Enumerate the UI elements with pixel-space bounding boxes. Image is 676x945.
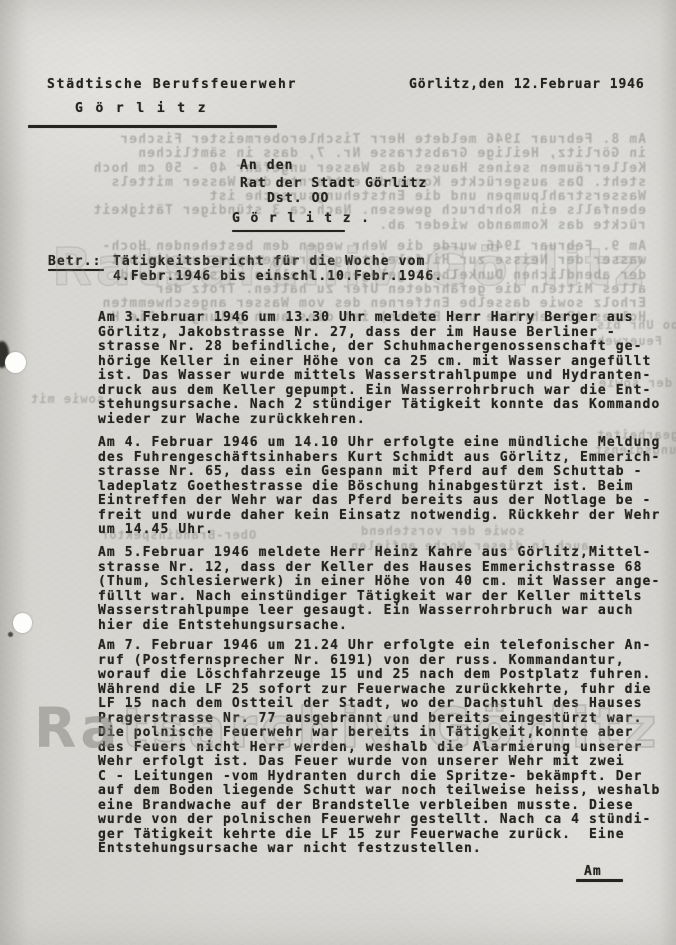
body-paragraph-2: Am 4. Februar 1946 um 14.10 Uhr erfolgte…	[98, 436, 660, 538]
text-line: auf dem Boden liegende Schutt war noch t…	[98, 784, 660, 799]
document-page: Am 8. Februar 1946 meldete Herr Tischler…	[0, 0, 676, 945]
body-paragraph-3: Am 5.Februar 1946 meldete Herr Heinz Kah…	[98, 546, 660, 633]
text-line: in Görlitz, Heilige Grabstrasse Nr. 7, d…	[30, 147, 646, 161]
text-line: Während die LF 25 sofort zur Feuerwache …	[98, 683, 660, 698]
catchword: Am	[584, 864, 602, 879]
catchword-rule	[576, 879, 623, 882]
body-paragraph-4: Am 7. Februar 1946 um 21.24 Uhr erfolgte…	[98, 639, 660, 857]
text-line: ger Tätigkeit kehrte die LF 15 zur Feuer…	[98, 828, 660, 843]
recipient-city: G ö r l i t z .	[232, 211, 370, 226]
text-line: Am 3.Februar 1946 um 13.30 Uhr meldete H…	[98, 311, 660, 326]
text-line: Görlitz, Jakobstrasse Nr. 27, dass der i…	[98, 326, 660, 341]
text-line: hörige Keller in einer Höhe von ca 25 cm…	[98, 355, 660, 370]
text-line: Die polnische Feuerwehr war bereits in T…	[98, 726, 660, 741]
text-line: worauf die Löschfahrzeuge 15 und 25 nach…	[98, 668, 660, 683]
punch-hole-top	[5, 352, 26, 373]
ink-dot	[8, 632, 13, 637]
subject-line1: Tätigkeitsbericht für die Woche vom	[113, 254, 425, 269]
punch-hole-bottom	[13, 613, 32, 633]
text-line: füllt war. Nach einstündiger Tätigkeit w…	[98, 590, 660, 605]
subject-line2: 4.Febr.1946 bis einschl.10.Febr.1946.	[113, 269, 443, 284]
text-line: Wasserstrahlpumpen und die Entstehungsur…	[30, 190, 646, 204]
text-line: Pragerstrasse Nr. 77 ausgebrannt und ber…	[98, 712, 660, 727]
text-line: ist. Das Wasser wurde mittels Wasserstra…	[98, 369, 660, 384]
org-city: G ö r l i t z	[75, 101, 208, 116]
text-line: C - Leitungen -vom Hydranten durch die S…	[98, 770, 660, 785]
text-line: strasse Nr. 65, dass ein Gespann mit Pfe…	[98, 465, 660, 480]
recipient-line3: Dst. OO	[267, 191, 330, 206]
text-line: strasse Nr. 28 befindliche, der Schuhmac…	[98, 340, 660, 355]
text-line: wieder zur Wache zurückkehren.	[98, 413, 660, 428]
text-line: eine Brandwache auf der Brandstelle verb…	[98, 799, 660, 814]
text-line: wurde von der polnischen Feuerwehr geste…	[98, 813, 660, 828]
text-line: strasse Nr. 12, dass der Keller des Haus…	[98, 561, 660, 576]
text-line: Am 7. Februar 1946 um 21.24 Uhr erfolgte…	[98, 639, 660, 654]
text-line: Am 4. Februar 1946 um 14.10 Uhr erfolgte…	[98, 436, 660, 451]
text-line: Am 8. Februar 1946 meldete Herr Tischler…	[30, 133, 646, 147]
text-line: des Fuhrengeschäftsinhabers Kurt Schmidt…	[98, 451, 660, 466]
text-line: um 14.45 Uhr.	[98, 523, 660, 538]
date-line: Görlitz,den 12.Februar 1946	[409, 77, 645, 92]
org-name: Städtische Berufsfeuerwehr	[47, 77, 297, 92]
text-line: (Thum, Schlesierwerk) in einer Höhe von …	[98, 575, 660, 590]
text-line: alles Mitteln die gefährdeten Ufer zu ha…	[30, 283, 646, 297]
subject-label: Betr.:	[48, 254, 102, 269]
recipient-line1: An den	[240, 158, 294, 173]
text-line: Kellerräumen seines Hauses das Wasser un…	[30, 162, 646, 176]
body-paragraph-1: Am 3.Februar 1946 um 13.30 Uhr meldete H…	[98, 311, 660, 427]
text-line: LF 15 nach dem Ostteil der Stadt, wo der…	[98, 697, 660, 712]
header-rule	[28, 125, 277, 128]
text-line: des Feuers nicht Herr werden, weshalb di…	[98, 741, 660, 756]
text-line: Eintreffen der Wehr war das Pferd bereit…	[98, 494, 660, 509]
recipient-rule	[232, 230, 345, 232]
text-line: freit und wurde daher kein Einsatz notwe…	[98, 509, 660, 524]
text-line: Am 5.Februar 1946 meldete Herr Heinz Kah…	[98, 546, 660, 561]
text-line: hier die Entstehungsursache.	[98, 619, 660, 634]
bleedthrough-fragment: sowie mit	[30, 392, 104, 406]
text-line: Wehr erfolgt ist. Das Feuer wurde von un…	[98, 755, 660, 770]
text-line: stehungsursache. Nach 2 stündiger Tätigk…	[98, 398, 660, 413]
text-line: Am 9. Februar 1946 wurde die Wehr wegen …	[30, 240, 646, 254]
text-line: druck aus dem Keller gepumpt. Ein Wasser…	[98, 384, 660, 399]
subject-label-rule	[48, 269, 104, 271]
text-line: ruf (Postfernsprecher Nr. 6191) von der …	[98, 654, 660, 669]
recipient-line2: Rat der Stadt Görlitz	[240, 176, 427, 191]
text-line: Entstehungsursache war nicht festzustell…	[98, 842, 660, 857]
text-line: Wasserstrahlpumpe leer gesaugt. Ein Wass…	[98, 604, 660, 619]
text-line: ladeplatz Goethestrasse die Böschung hin…	[98, 480, 660, 495]
